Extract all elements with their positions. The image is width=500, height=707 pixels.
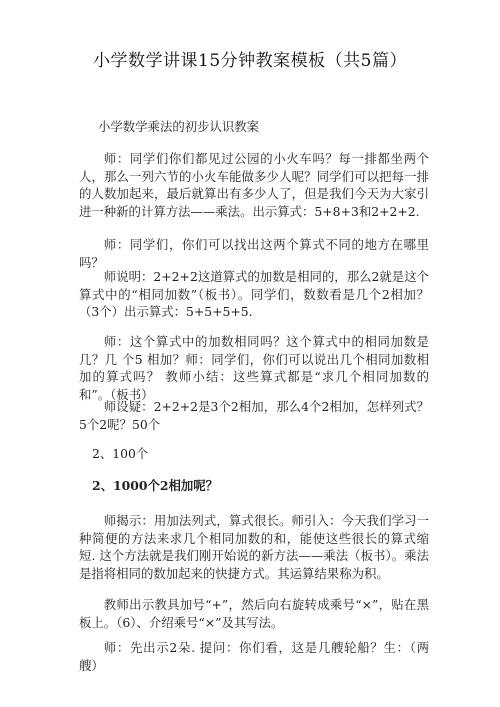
paragraph-4: 师：这个算式中的加数相同吗？这个算式中的相同加数是几？几 个5 相加？师：同学们… (79, 333, 429, 403)
paragraph-text: 师设疑：2+2+2是3个2相加，那么4个2相加，怎样列式？5个2呢？50个 (79, 398, 429, 433)
document-title: 小学数学讲课15分钟教案模板（共5篇） (0, 46, 500, 71)
paragraph-1: 师：同学们你们都见过公园的小火车吗？每一排都坐两个人，那么一列六节的小火车能做多… (79, 150, 429, 220)
paragraph-text: 师揭示：用加法列式，算式很长。师引入：今天我们学习一种简便的方法来求几个相同加数… (79, 512, 429, 582)
paragraph-text: 2、100个 (79, 445, 429, 463)
paragraph-6: 2、100个 (79, 445, 429, 463)
paragraph-text: 2、1000个2相加呢？ (79, 477, 429, 495)
paragraph-text: 教师出示教具加号“+”，然后向右旋转成乘号“×”，贴在黑板上。（6）、介绍乘号“… (79, 596, 429, 631)
paragraph-text: 师：先出示2朵. 提问：你们看，这是几艘轮船？生：（两艘） (79, 639, 429, 674)
paragraph-text: 师：同学们你们都见过公园的小火车吗？每一排都坐两个人，那么一列六节的小火车能做多… (79, 150, 429, 220)
paragraph-5: 师设疑：2+2+2是3个2相加，那么4个2相加，怎样列式？5个2呢？50个 (79, 398, 429, 433)
paragraph-9: 教师出示教具加号“+”，然后向右旋转成乘号“×”，贴在黑板上。（6）、介绍乘号“… (79, 596, 429, 631)
document-subtitle: 小学数学乘法的初步认识教案 (98, 117, 259, 135)
document-page: 小学数学讲课15分钟教案模板（共5篇） 小学数学乘法的初步认识教案 师：同学们你… (0, 0, 500, 707)
paragraph-text: 师说明：2+2+2这道算式的加数是相同的，那么2就是这个算式中的“相同加数”（板… (79, 268, 429, 321)
paragraph-8: 师揭示：用加法列式，算式很长。师引入：今天我们学习一种简便的方法来求几个相同加数… (79, 512, 429, 582)
paragraph-7: 2、1000个2相加呢？ (79, 477, 429, 495)
paragraph-text: 师：同学们，你们可以找出这两个算式不同的地方在哪里吗？ (79, 236, 429, 271)
paragraph-10: 师：先出示2朵. 提问：你们看，这是几艘轮船？生：（两艘） (79, 639, 429, 674)
paragraph-2: 师：同学们，你们可以找出这两个算式不同的地方在哪里吗？ (79, 236, 429, 271)
paragraph-text: 师：这个算式中的加数相同吗？这个算式中的相同加数是几？几 个5 相加？师：同学们… (79, 333, 429, 403)
paragraph-3: 师说明：2+2+2这道算式的加数是相同的，那么2就是这个算式中的“相同加数”（板… (79, 268, 429, 321)
